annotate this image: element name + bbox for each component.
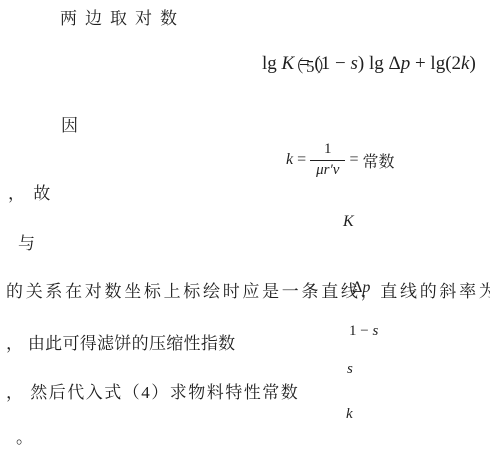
final-period: 。 bbox=[16, 428, 33, 448]
so-line: ， 故 bbox=[8, 184, 52, 204]
equation-5-term: + lg(2 bbox=[410, 53, 461, 74]
one-minus-glyph: 1 − bbox=[349, 323, 372, 339]
equation-number: （5） bbox=[287, 57, 336, 77]
equation-k: k = 1μr′ν = 常数 bbox=[286, 138, 395, 182]
symbol-K: K bbox=[343, 213, 354, 231]
equation-5-term: s bbox=[350, 53, 357, 74]
equation-5: lg K = (1 − s) lg Δp + lg(2k) bbox=[243, 31, 476, 97]
equation-k-equals: = bbox=[293, 151, 310, 169]
equation-k-equals: = bbox=[345, 151, 362, 169]
equation-k-variable: k bbox=[286, 151, 293, 169]
because-label: 因 bbox=[61, 116, 78, 136]
s-glyph: s bbox=[372, 323, 378, 339]
fraction-numerator: 1 bbox=[310, 141, 345, 159]
compress-line: ， 由此可得滤饼的压缩性指数 bbox=[6, 334, 235, 354]
fraction: 1μr′ν bbox=[310, 141, 345, 179]
equation-5-term: ) lg Δ bbox=[358, 53, 401, 74]
equation-k-constant: 常数 bbox=[362, 149, 394, 172]
equation-5-term: p bbox=[401, 53, 411, 74]
relation-line: 的关系在对数坐标上标绘时应是一条直线，直线的斜率为 bbox=[6, 282, 490, 302]
with-label: 与 bbox=[18, 234, 35, 254]
intro-line: 两边取对数 bbox=[60, 9, 185, 29]
slope-expression: 1 − s bbox=[334, 306, 378, 357]
symbol-s: s bbox=[347, 361, 353, 378]
equation-5-term: ) bbox=[469, 53, 475, 74]
symbol-k: k bbox=[346, 406, 353, 423]
fraction-denominator: μr′ν bbox=[310, 160, 345, 179]
equation-5-term: lg bbox=[262, 53, 282, 74]
substitute-line: ， 然后代入式（4）求物料特性常数 bbox=[6, 383, 299, 403]
document-page: 两边取对数 lg K = (1 − s) lg Δp + lg(2k) （5） … bbox=[0, 0, 490, 456]
